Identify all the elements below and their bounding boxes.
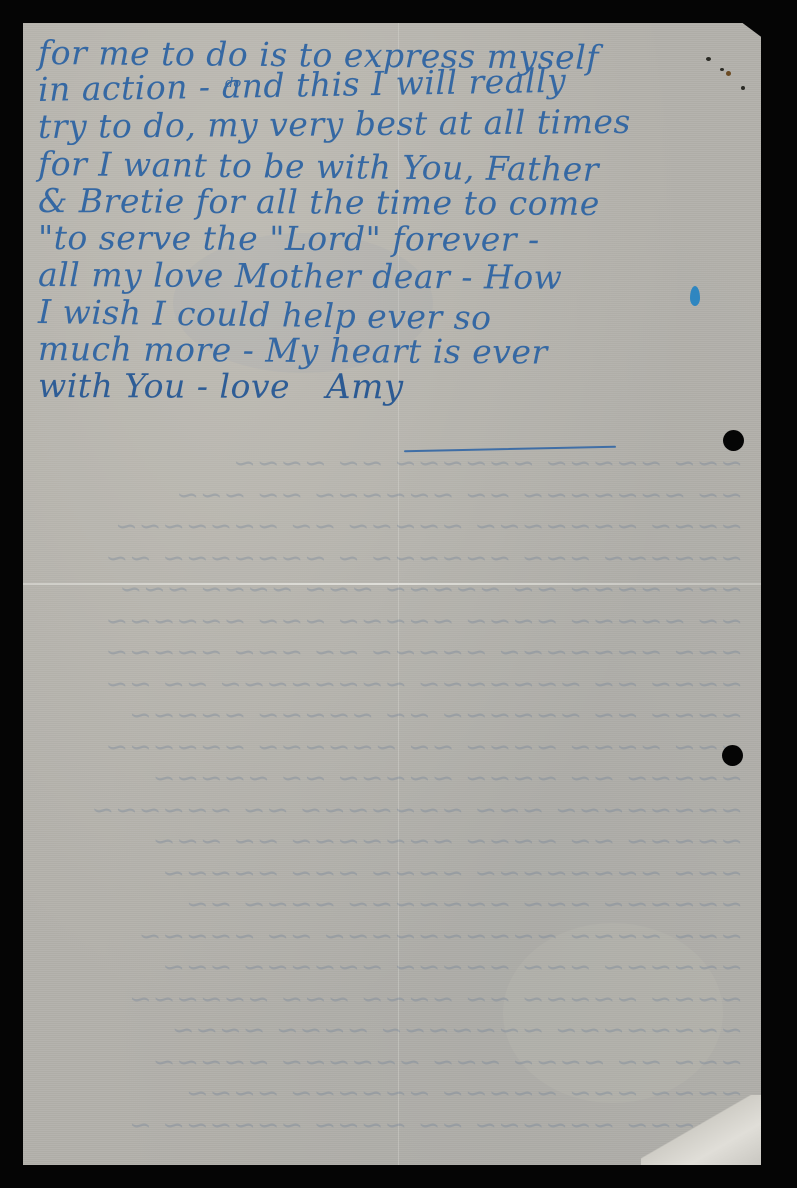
punch-hole-bottom [722, 745, 743, 766]
letter-line: & Bretie for all the time to come [38, 182, 758, 223]
bleed-through-text: ~~~ ~~~~~ ~~~~~~ ~~ ~~~~ ~~ ~~~~~~~ ~~ ~… [43, 448, 743, 1141]
punch-hole-top [723, 430, 744, 451]
closing-line: with You - loveAmy [38, 367, 758, 407]
letter-line: all my love Mother dear - How [38, 256, 758, 297]
letter-line: try to do, my very best at all times [38, 102, 758, 145]
closing-text: with You - love [38, 366, 290, 406]
signature: Amy [326, 369, 404, 406]
letter-line: "to serve the "Lord" forever - [38, 219, 758, 259]
inserted-word: do [225, 76, 241, 91]
handwritten-letter-body: for me to do is to express myself in act… [38, 34, 758, 404]
folded-corner [641, 1095, 761, 1165]
ink-blot [690, 286, 700, 306]
